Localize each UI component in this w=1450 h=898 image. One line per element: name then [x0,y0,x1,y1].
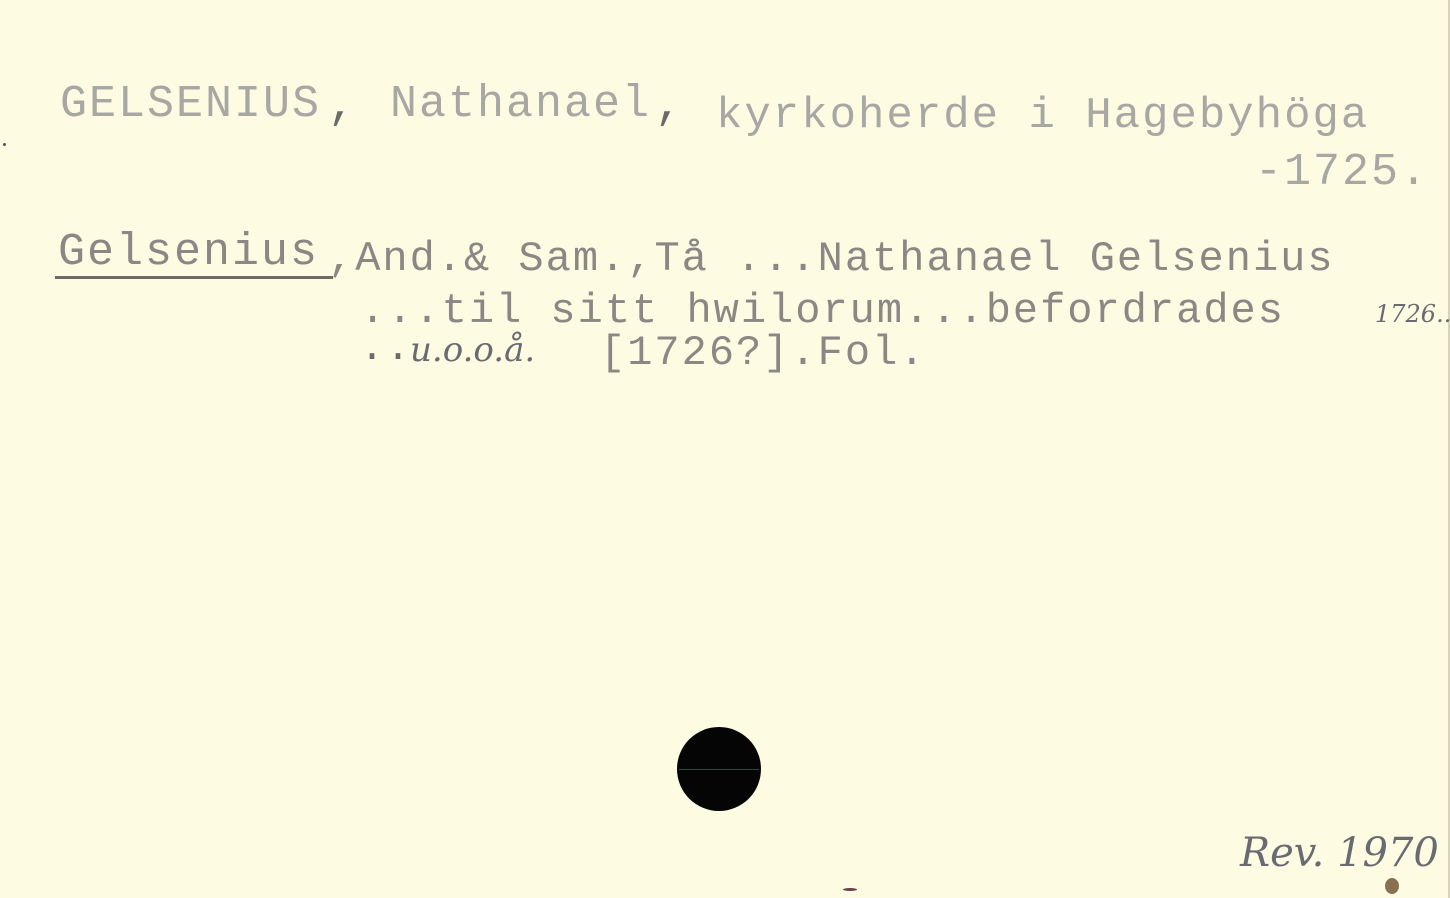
heading-comma-2: , [655,84,684,129]
handwritten-year: 1726... [1375,300,1450,328]
heading-given-name: Nathanael [390,82,651,127]
entry-line-3-prefix: .. [360,330,412,370]
heading-surname: GELSENIUS [60,82,321,127]
stain-mark [1385,878,1399,894]
entry-line-2: ...til sitt hwilorum...befordrades [360,290,1285,332]
entry-line-3: [1726?].Fol. [600,332,926,374]
ink-mark [843,888,857,891]
revision-note: Rev. 1970 [1240,830,1439,876]
handwritten-place-note: u.o.o.å. [410,330,535,370]
heading-dates: -1725. [1255,150,1429,195]
entry-author: Gelsenius [58,230,319,275]
heading-title: kyrkoherde i Hagebyhöga [716,94,1369,138]
catalog-card: GELSENIUS , Nathanael , kyrkoherde i Hag… [0,0,1450,898]
heading-comma: , [328,84,357,129]
punch-hole [677,727,761,811]
dust-speck [3,143,6,146]
author-underline [55,276,333,279]
entry-line-1: ,And.& Sam.,Tå ...Nathanael Gelsenius [328,238,1335,280]
